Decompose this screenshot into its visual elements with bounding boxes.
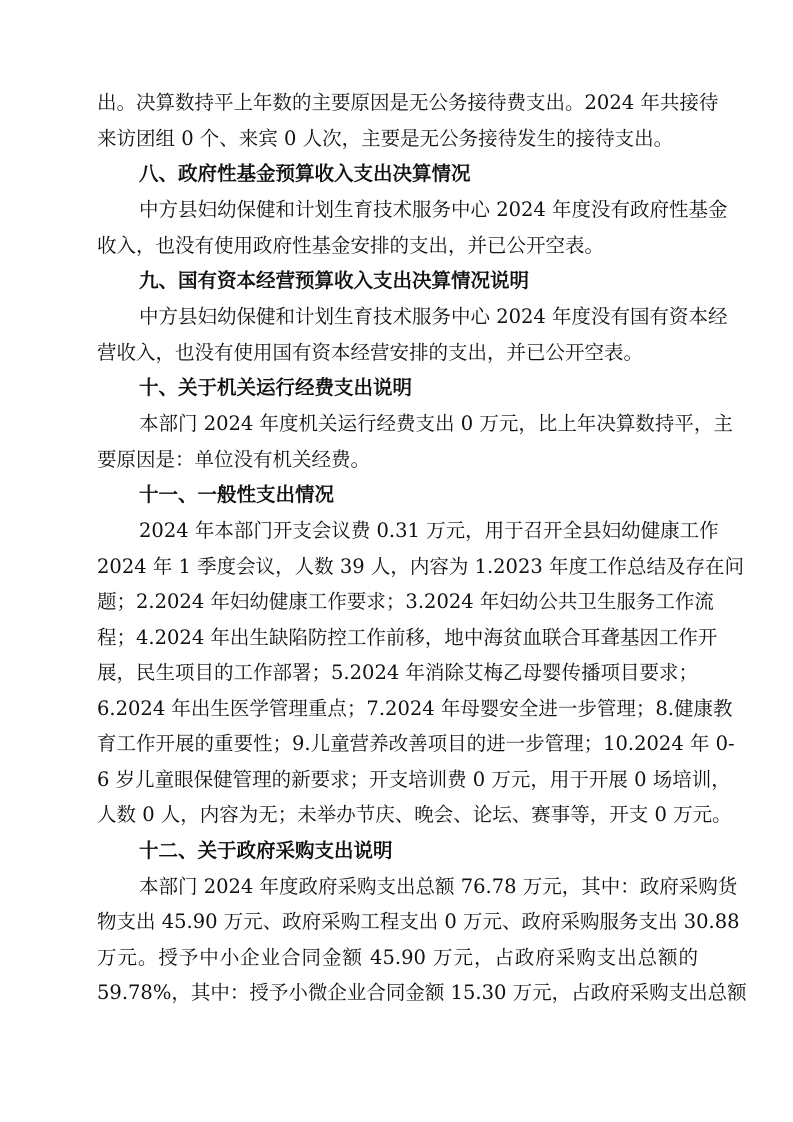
text-line: 中方县妇幼保健和计划生育技术服务中心 2024 年度没有国有资本经 (97, 299, 698, 335)
text-line: 收入，也没有使用政府性基金安排的支出，并已公开空表。 (97, 228, 698, 264)
section-heading-10: 十、关于机关运行经费支出说明 (97, 370, 698, 406)
section-heading-11: 十一、一般性支出情况 (97, 477, 698, 513)
text-line: 出。决算数持平上年数的主要原因是无公务接待费支出。2024 年共接待 (97, 85, 698, 121)
text-line: 6.2024 年出生医学管理重点；7.2024 年母婴安全进一步管理；8.健康教 (97, 691, 698, 727)
text-line: 来访团组 0 个、来宾 0 人次，主要是无公务接待发生的接待支出。 (97, 121, 698, 157)
text-line: 59.78%，其中：授予小微企业合同金额 15.30 万元，占政府采购支出总额 (97, 975, 698, 1011)
text-line: 营收入，也没有使用国有资本经营安排的支出，并已公开空表。 (97, 335, 698, 371)
text-line: 本部门 2024 年度机关运行经费支出 0 万元，比上年决算数持平，主 (97, 406, 698, 442)
text-line: 中方县妇幼保健和计划生育技术服务中心 2024 年度没有政府性基金 (97, 192, 698, 228)
text-line: 人数 0 人，内容为无；未举办节庆、晚会、论坛、赛事等，开支 0 万元。 (97, 797, 698, 833)
paragraph-section-8: 中方县妇幼保健和计划生育技术服务中心 2024 年度没有政府性基金 收入，也没有… (97, 192, 698, 263)
section-heading-12: 十二、关于政府采购支出说明 (97, 833, 698, 869)
text-line: 物支出 45.90 万元、政府采购工程支出 0 万元、政府采购服务支出 30.8… (97, 904, 698, 940)
text-line: 2024 年本部门开支会议费 0.31 万元，用于召开全县妇幼健康工作 (97, 513, 698, 549)
document-page: 出。决算数持平上年数的主要原因是无公务接待费支出。2024 年共接待 来访团组 … (97, 85, 698, 1011)
paragraph-section-11: 2024 年本部门开支会议费 0.31 万元，用于召开全县妇幼健康工作 2024… (97, 513, 698, 833)
paragraph-section-9: 中方县妇幼保健和计划生育技术服务中心 2024 年度没有国有资本经 营收入，也没… (97, 299, 698, 370)
section-heading-9: 九、国有资本经营预算收入支出决算情况说明 (97, 263, 698, 299)
section-heading-8: 八、政府性基金预算收入支出决算情况 (97, 156, 698, 192)
text-line: 本部门 2024 年度政府采购支出总额 76.78 万元，其中：政府采购货 (97, 869, 698, 905)
text-line: 展，民生项目的工作部署；5.2024 年消除艾梅乙母婴传播项目要求； (97, 655, 698, 691)
paragraph-section-10: 本部门 2024 年度机关运行经费支出 0 万元，比上年决算数持平，主 要原因是… (97, 406, 698, 477)
paragraph-section-12: 本部门 2024 年度政府采购支出总额 76.78 万元，其中：政府采购货 物支… (97, 869, 698, 1011)
text-line: 程；4.2024 年出生缺陷防控工作前移，地中海贫血联合耳聋基因工作开 (97, 620, 698, 656)
paragraph-reception-continued: 出。决算数持平上年数的主要原因是无公务接待费支出。2024 年共接待 来访团组 … (97, 85, 698, 156)
text-line: 育工作开展的重要性；9.儿童营养改善项目的进一步管理；10.2024 年 0- (97, 726, 698, 762)
text-line: 2024 年 1 季度会议，人数 39 人，内容为 1.2023 年度工作总结及… (97, 549, 698, 585)
text-line: 题；2.2024 年妇幼健康工作要求；3.2024 年妇幼公共卫生服务工作流 (97, 584, 698, 620)
text-line: 6 岁儿童眼保健管理的新要求；开支培训费 0 万元，用于开展 0 场培训， (97, 762, 698, 798)
text-line: 要原因是：单位没有机关经费。 (97, 442, 698, 478)
text-line: 万元。授予中小企业合同金额 45.90 万元，占政府采购支出总额的 (97, 940, 698, 976)
